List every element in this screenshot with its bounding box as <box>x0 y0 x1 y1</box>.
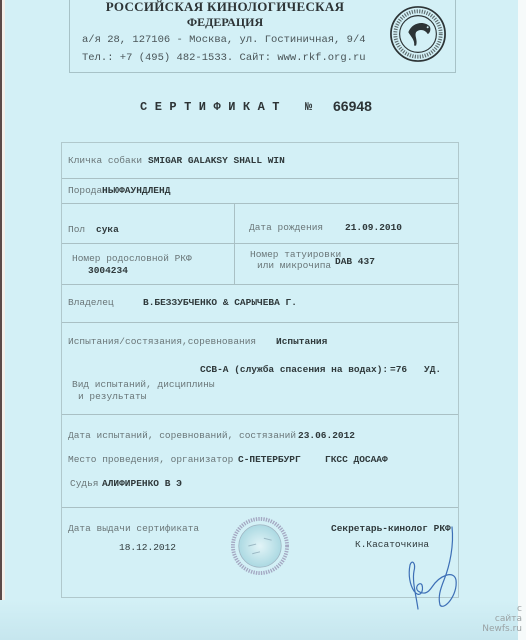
row-divider <box>62 284 458 285</box>
judge-value: АЛИФИРЕНКО В Э <box>102 478 182 489</box>
discipline-value: ССВ-А (служба спасения на водах): <box>200 364 388 375</box>
scan-left-edge <box>0 0 6 640</box>
discipline-label-line1: Вид испытаний, дисциплины <box>72 379 215 390</box>
issue-date-label: Дата выдачи сертификата <box>68 523 199 534</box>
site-watermark: с сайта Newfs.ru <box>482 604 522 634</box>
event-date-value: 23.06.2012 <box>298 430 355 441</box>
dog-name-value: SMIGAR GALAKSY SHALL WIN <box>148 155 285 166</box>
dog-name-label: Кличка собаки <box>68 155 142 166</box>
org-address: а/я 28, 127106 - Москва, ул. Гостиничная… <box>82 34 366 46</box>
org-contacts: Тел.: +7 (495) 482-1533. Сайт: www.rkf.o… <box>82 52 366 64</box>
discipline-unit: УД. <box>424 364 441 375</box>
row-divider <box>62 203 458 204</box>
judge-label: Судья <box>70 478 99 489</box>
certificate-title: СЕРТИФИКАТ <box>140 100 287 114</box>
watermark-line2: сайта <box>482 614 522 624</box>
birth-date-value: 21.09.2010 <box>345 222 402 233</box>
scan-right-margin <box>518 0 526 640</box>
venue-label: Место проведения, организатор <box>68 454 233 465</box>
row-divider <box>62 414 458 415</box>
venue-organizer: ГКСС ДОСААФ <box>325 454 388 465</box>
breed-label: Порода <box>68 185 102 196</box>
certificate-number-sign: № <box>305 100 312 114</box>
event-type-value: Испытания <box>276 336 327 347</box>
pedigree-label: Номер родословной РКФ <box>72 253 192 264</box>
owner-value: В.БЕЗЗУБЧЕНКО & САРЫЧЕВА Г. <box>143 297 297 308</box>
tattoo-label-line1: Номер татуировки <box>250 249 341 260</box>
row-divider <box>62 322 458 323</box>
certificate-number: 66948 <box>333 98 372 114</box>
issue-date-value: 18.12.2012 <box>119 542 176 553</box>
row-divider <box>62 507 458 508</box>
rkf-stamp-icon <box>231 517 289 575</box>
column-divider <box>234 203 235 284</box>
signature-icon <box>400 525 470 615</box>
row-divider <box>62 178 458 179</box>
birth-date-label: Дата рождения <box>249 222 323 233</box>
tattoo-value: DAB 437 <box>335 256 375 267</box>
row-divider <box>62 243 458 244</box>
discipline-score: =76 <box>390 364 407 375</box>
owner-label: Владелец <box>68 297 114 308</box>
event-date-label: Дата испытаний, соревнований, состязаний <box>68 430 296 441</box>
letterhead: РОССИЙСКАЯ КИНОЛОГИЧЕСКАЯ ФЕДЕРАЦИЯ а/я … <box>69 0 456 73</box>
org-name-line2: ФЕДЕРАЦИЯ <box>70 15 380 30</box>
event-type-label: Испытания/состязания,соревнования <box>68 336 256 347</box>
pedigree-value: 3004234 <box>88 265 128 276</box>
sex-value: сука <box>96 224 119 235</box>
venue-city: С-ПЕТЕРБУРГ <box>238 454 301 465</box>
org-name-line1: РОССИЙСКАЯ КИНОЛОГИЧЕСКАЯ <box>70 0 380 15</box>
rkf-emblem-icon <box>389 5 447 63</box>
tattoo-label-line2: или микрочипа <box>257 260 331 271</box>
sex-label: Пол <box>68 224 85 235</box>
breed-value: НЬЮФАУНДЛЕНД <box>102 185 170 196</box>
discipline-label-line2: и результаты <box>78 391 146 402</box>
watermark-line1: с <box>482 604 522 614</box>
watermark-line3: Newfs.ru <box>482 624 522 634</box>
